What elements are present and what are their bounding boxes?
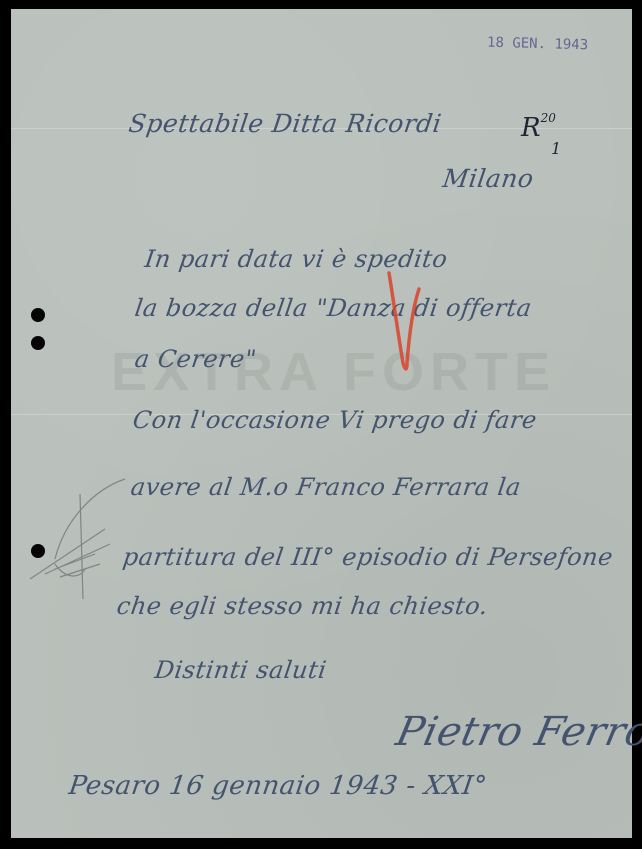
body-line: che egli stesso mi ha chiesto. [115, 592, 490, 620]
letter-paper: EXTRA FORTE 18 GEN. 1943 R20 1 Spettabil… [11, 9, 632, 838]
punch-hole [31, 308, 45, 322]
annotation-numerator: 20 [541, 111, 556, 125]
received-date-stamp: 18 GEN. 1943 [487, 35, 589, 54]
body-line: la bozza della "Danza di offerta [133, 294, 534, 322]
addressee-city: Milano [441, 164, 536, 193]
annotation-denominator: 1 [551, 139, 561, 158]
archive-annotation: R20 1 [521, 113, 556, 143]
annotation-letter: R [521, 113, 541, 143]
body-line: a Cerere" [133, 345, 258, 373]
addressee: Spettabile Ditta Ricordi [127, 109, 444, 138]
place-and-date: Pesaro 16 gennaio 1943 - XXI° [67, 771, 489, 801]
closing-salutation: Distinti saluti [153, 656, 328, 684]
body-line: Con l'occasione Vi prego di fare [131, 406, 539, 434]
body-line: partitura del III° episodio di Persefone [121, 543, 615, 571]
pencil-scribble-icon [25, 469, 145, 609]
signature: Pietro Ferro [392, 709, 642, 755]
red-check-mark-icon [385, 267, 425, 377]
body-line: avere al M.o Franco Ferrara la [129, 473, 523, 501]
punch-hole [31, 544, 45, 558]
punch-hole [31, 336, 45, 350]
